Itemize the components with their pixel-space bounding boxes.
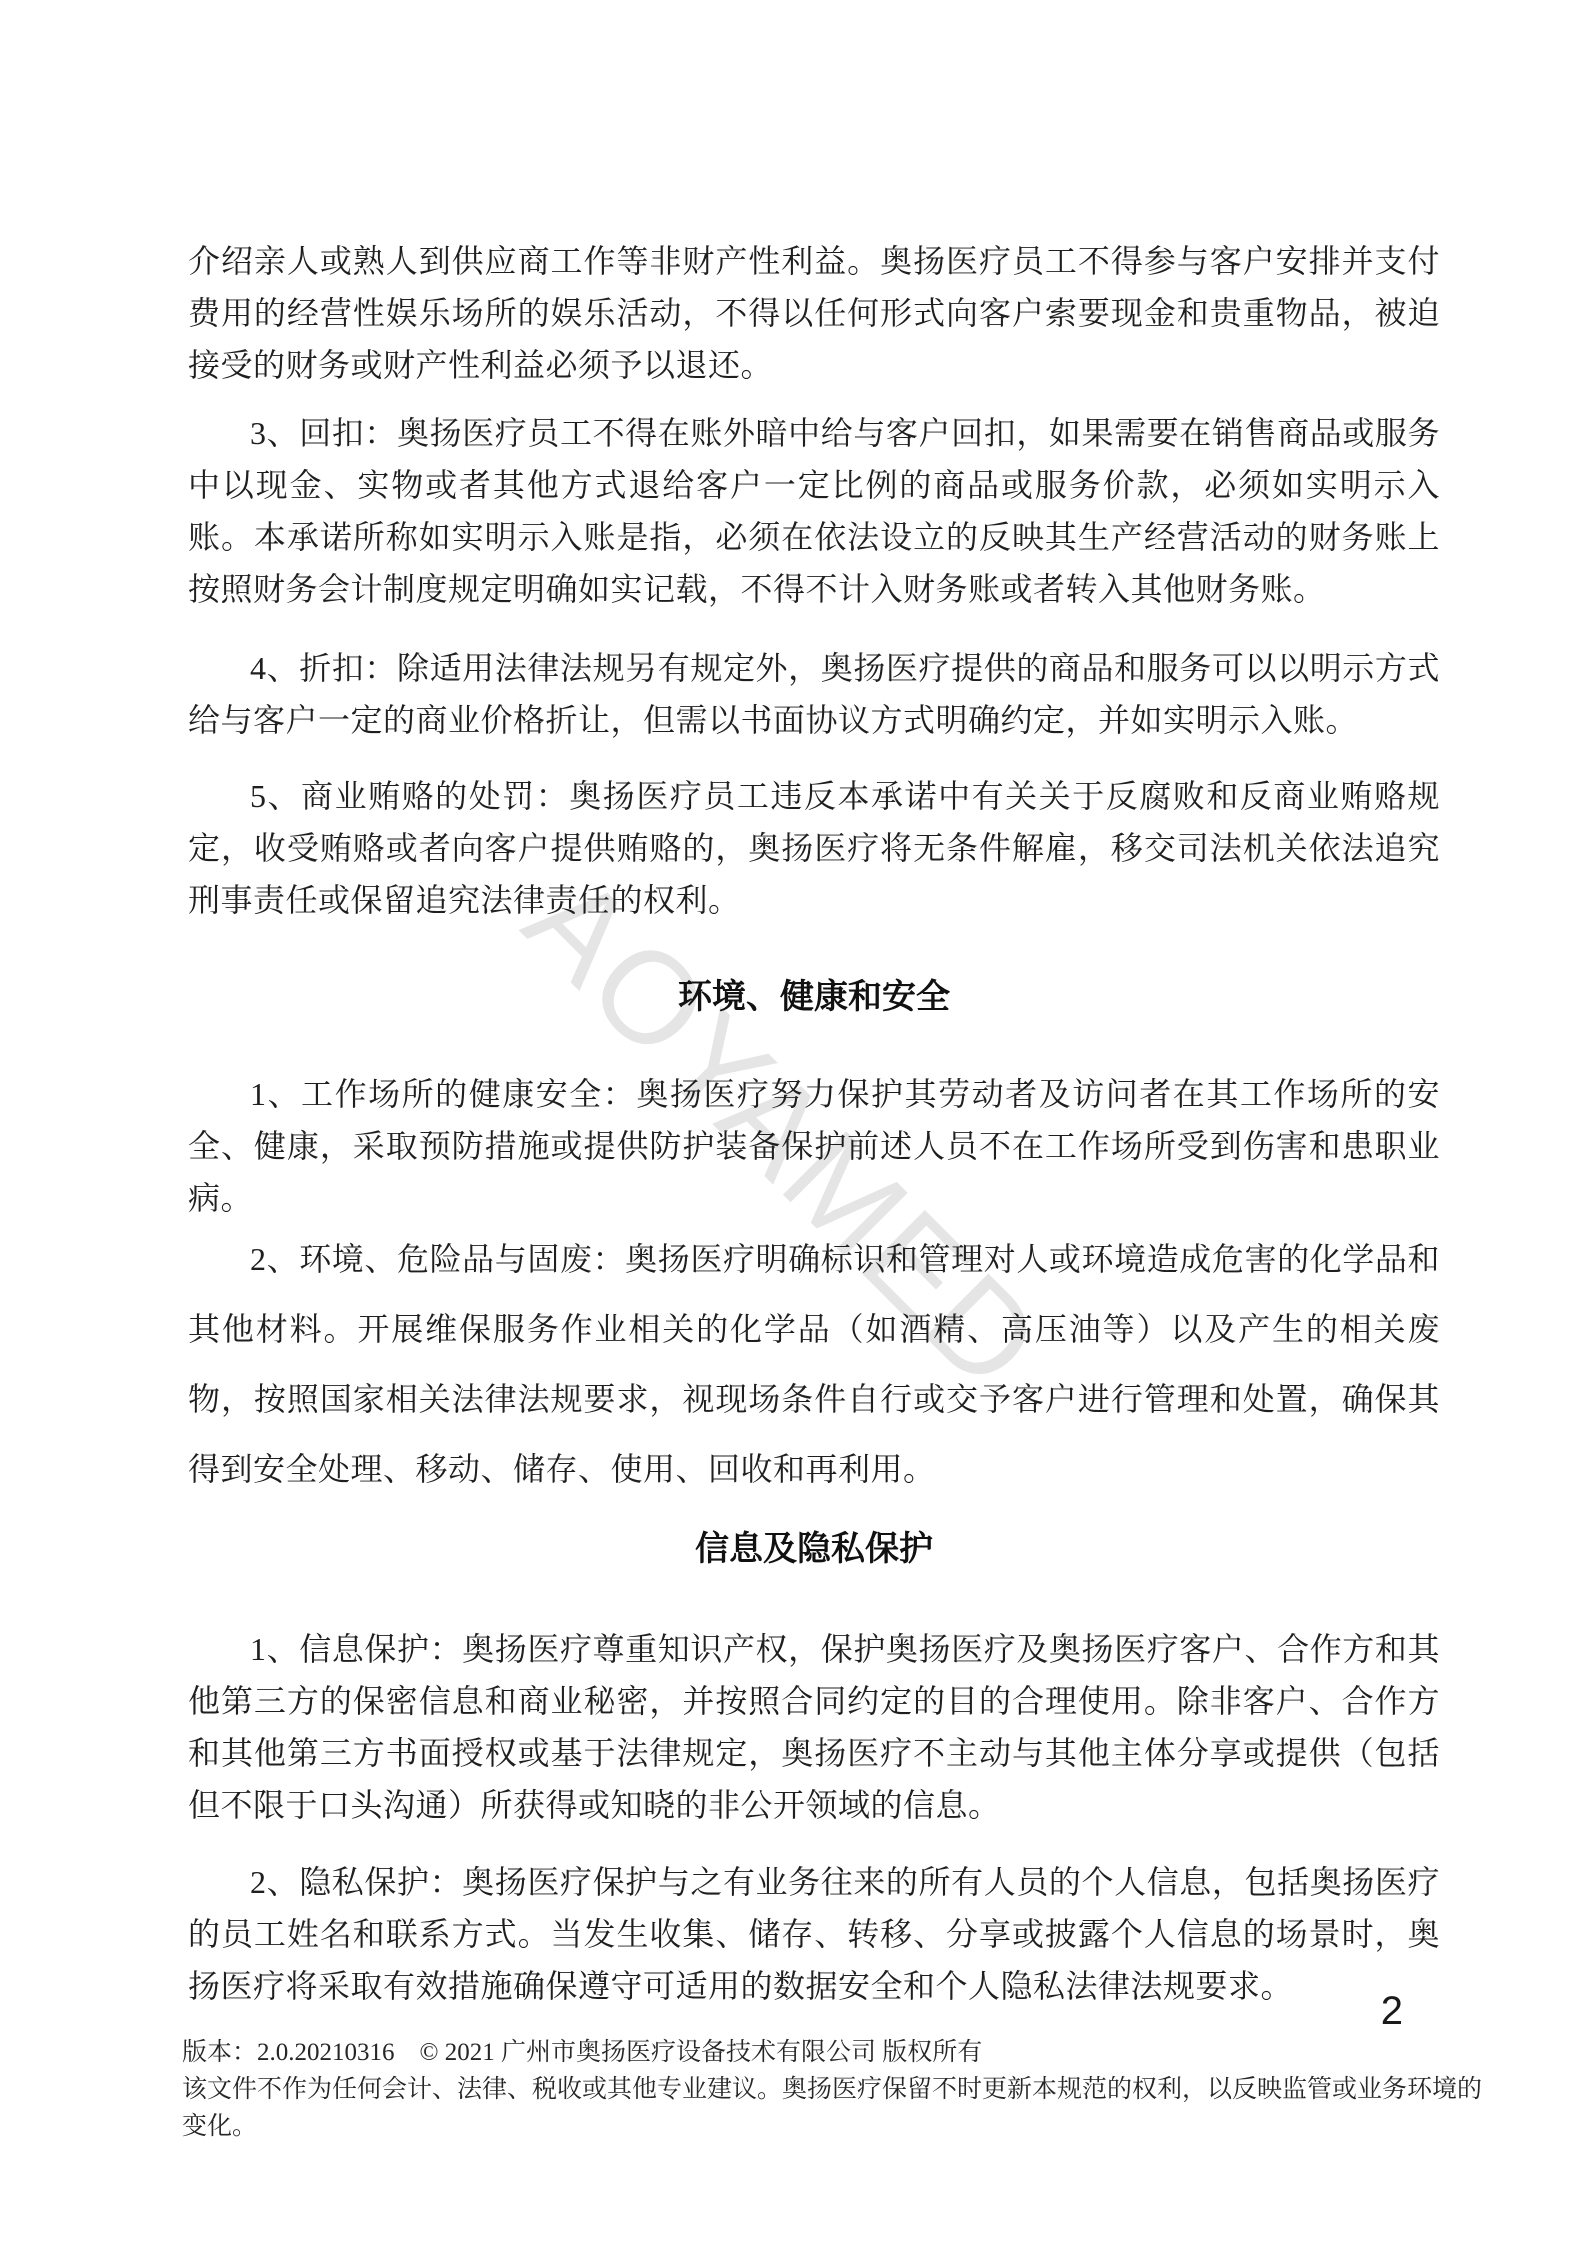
- footer-version-copyright: 版本：2.0.20210316 © 2021 广州市奥扬医疗设备技术有限公司 版…: [182, 2034, 1482, 2071]
- paragraph-intro-continuation: 介绍亲人或熟人到供应商工作等非财产性利益。奥扬医疗员工不得参与客户安排并支付费用…: [188, 235, 1440, 391]
- paragraph-item-4-discounts: 4、折扣：除适用法律法规另有规定外，奥扬医疗提供的商品和服务可以以明示方式给与客…: [188, 642, 1440, 746]
- paragraph-privacy-protection: 2、隐私保护：奥扬医疗保护与之有业务往来的所有人员的个人信息，包括奥扬医疗的员工…: [188, 1856, 1440, 2012]
- paragraph-ehs-workplace-safety: 1、工作场所的健康安全：奥扬医疗努力保护其劳动者及访问者在其工作场所的安全、健康…: [188, 1068, 1440, 1224]
- document-body: 介绍亲人或熟人到供应商工作等非财产性利益。奥扬医疗员工不得参与客户安排并支付费用…: [188, 235, 1440, 2012]
- paragraph-ehs-hazardous-materials: 2、环境、危险品与固废：奥扬医疗明确标识和管理对人或环境造成危害的化学品和其他材…: [188, 1224, 1440, 1504]
- footer-disclaimer: 该文件不作为任何会计、法律、税收或其他专业建议。奥扬医疗保留不时更新本规范的权利…: [182, 2071, 1482, 2145]
- paragraph-item-5-bribery-penalty: 5、商业贿赂的处罚：奥扬医疗员工违反本承诺中有关关于反腐败和反商业贿赂规定，收受…: [188, 770, 1440, 926]
- document-page: AOYAMED 介绍亲人或熟人到供应商工作等非财产性利益。奥扬医疗员工不得参与客…: [0, 0, 1587, 2245]
- page-number: 2: [1381, 1988, 1403, 2034]
- paragraph-information-protection: 1、信息保护：奥扬医疗尊重知识产权，保护奥扬医疗及奥扬医疗客户、合作方和其他第三…: [188, 1623, 1440, 1831]
- section-title-ehs: 环境、健康和安全: [188, 972, 1440, 1024]
- page-footer: 版本：2.0.20210316 © 2021 广州市奥扬医疗设备技术有限公司 版…: [182, 2034, 1482, 2145]
- section-title-privacy: 信息及隐私保护: [188, 1524, 1440, 1576]
- paragraph-item-3-kickbacks: 3、回扣：奥扬医疗员工不得在账外暗中给与客户回扣，如果需要在销售商品或服务中以现…: [188, 407, 1440, 615]
